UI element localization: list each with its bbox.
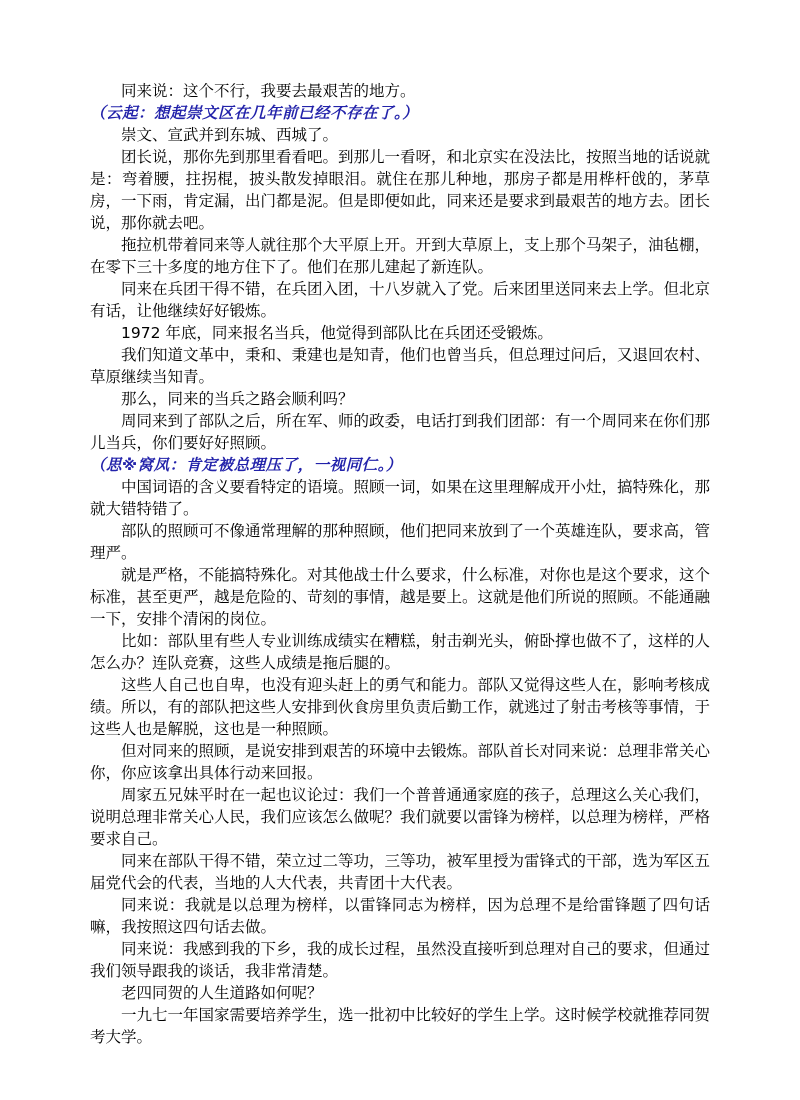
paragraph: 同来说：我感到我的下乡，我的成长过程，虽然没直接听到总理对自己的要求，但通过我们…: [90, 938, 710, 982]
paragraph: 一九七一年国家需要培养学生，选一批初中比较好的学生上学。这时候学校就推荐同贺考大…: [90, 1004, 710, 1048]
document-text-block: 同来说：这个不行，我要去最艰苦的地方。（云起：想起崇文区在几年前已经不存在了。）…: [90, 80, 710, 1048]
paragraph: 拖拉机带着同来等人就往那个大平原上开。开到大草原上，支上那个马架子，油毡棚，在零…: [90, 234, 710, 278]
paragraph: 这些人自己也自卑，也没有迎头赶上的勇气和能力。部队又觉得这些人在，影响考核成绩。…: [90, 674, 710, 740]
paragraph: 同来说：这个不行，我要去最艰苦的地方。: [90, 80, 710, 102]
paragraph: 团长说，那你先到那里看看吧。到那儿一看呀，和北京实在没法比，按照当地的话说就是：…: [90, 146, 710, 234]
paragraph: 但对同来的照顾，是说安排到艰苦的环境中去锻炼。部队首长对同来说：总理非常关心你，…: [90, 740, 710, 784]
paragraph: 就是严格，不能搞特殊化。对其他战士什么要求，什么标准，对你也是这个要求，这个标准…: [90, 564, 710, 630]
paragraph: 同来说：我就是以总理为榜样，以雷锋同志为榜样，因为总理不是给雷锋题了四句话嘛，我…: [90, 894, 710, 938]
reader-comment: （思※窝凤：肯定被总理压了，一视同仁。）: [90, 454, 710, 476]
paragraph: 部队的照顾可不像通常理解的那种照顾，他们把同来放到了一个英雄连队，要求高，管理严…: [90, 520, 710, 564]
paragraph: 周同来到了部队之后，所在军、师的政委，电话打到我们团部：有一个周同来在你们那儿当…: [90, 410, 710, 454]
reader-comment: （云起：想起崇文区在几年前已经不存在了。）: [90, 102, 710, 124]
paragraph: 比如：部队里有些人专业训练成绩实在糟糕，射击剃光头，俯卧撑也做不了，这样的人怎么…: [90, 630, 710, 674]
document-page: 同来说：这个不行，我要去最艰苦的地方。（云起：想起崇文区在几年前已经不存在了。）…: [0, 0, 800, 1100]
paragraph: 1972 年底，同来报名当兵，他觉得到部队比在兵团还受锻炼。: [90, 322, 710, 344]
paragraph: 同来在部队干得不错，荣立过二等功，三等功，被军里授为雷锋式的干部，选为军区五届党…: [90, 850, 710, 894]
paragraph: 同来在兵团干得不错，在兵团入团，十八岁就入了党。后来团里送同来去上学。但北京有话…: [90, 278, 710, 322]
paragraph: 周家五兄妹平时在一起也议论过：我们一个普普通通家庭的孩子，总理这么关心我们，说明…: [90, 784, 710, 850]
paragraph: 老四同贺的人生道路如何呢？: [90, 982, 710, 1004]
paragraph: 我们知道文革中，秉和、秉建也是知青，他们也曾当兵，但总理过问后，又退回农村、草原…: [90, 344, 710, 388]
paragraph: 崇文、宣武并到东城、西城了。: [90, 124, 710, 146]
paragraph: 中国词语的含义要看特定的语境。照顾一词，如果在这里理解成开小灶，搞特殊化，那就大…: [90, 476, 710, 520]
paragraph: 那么，同来的当兵之路会顺利吗？: [90, 388, 710, 410]
